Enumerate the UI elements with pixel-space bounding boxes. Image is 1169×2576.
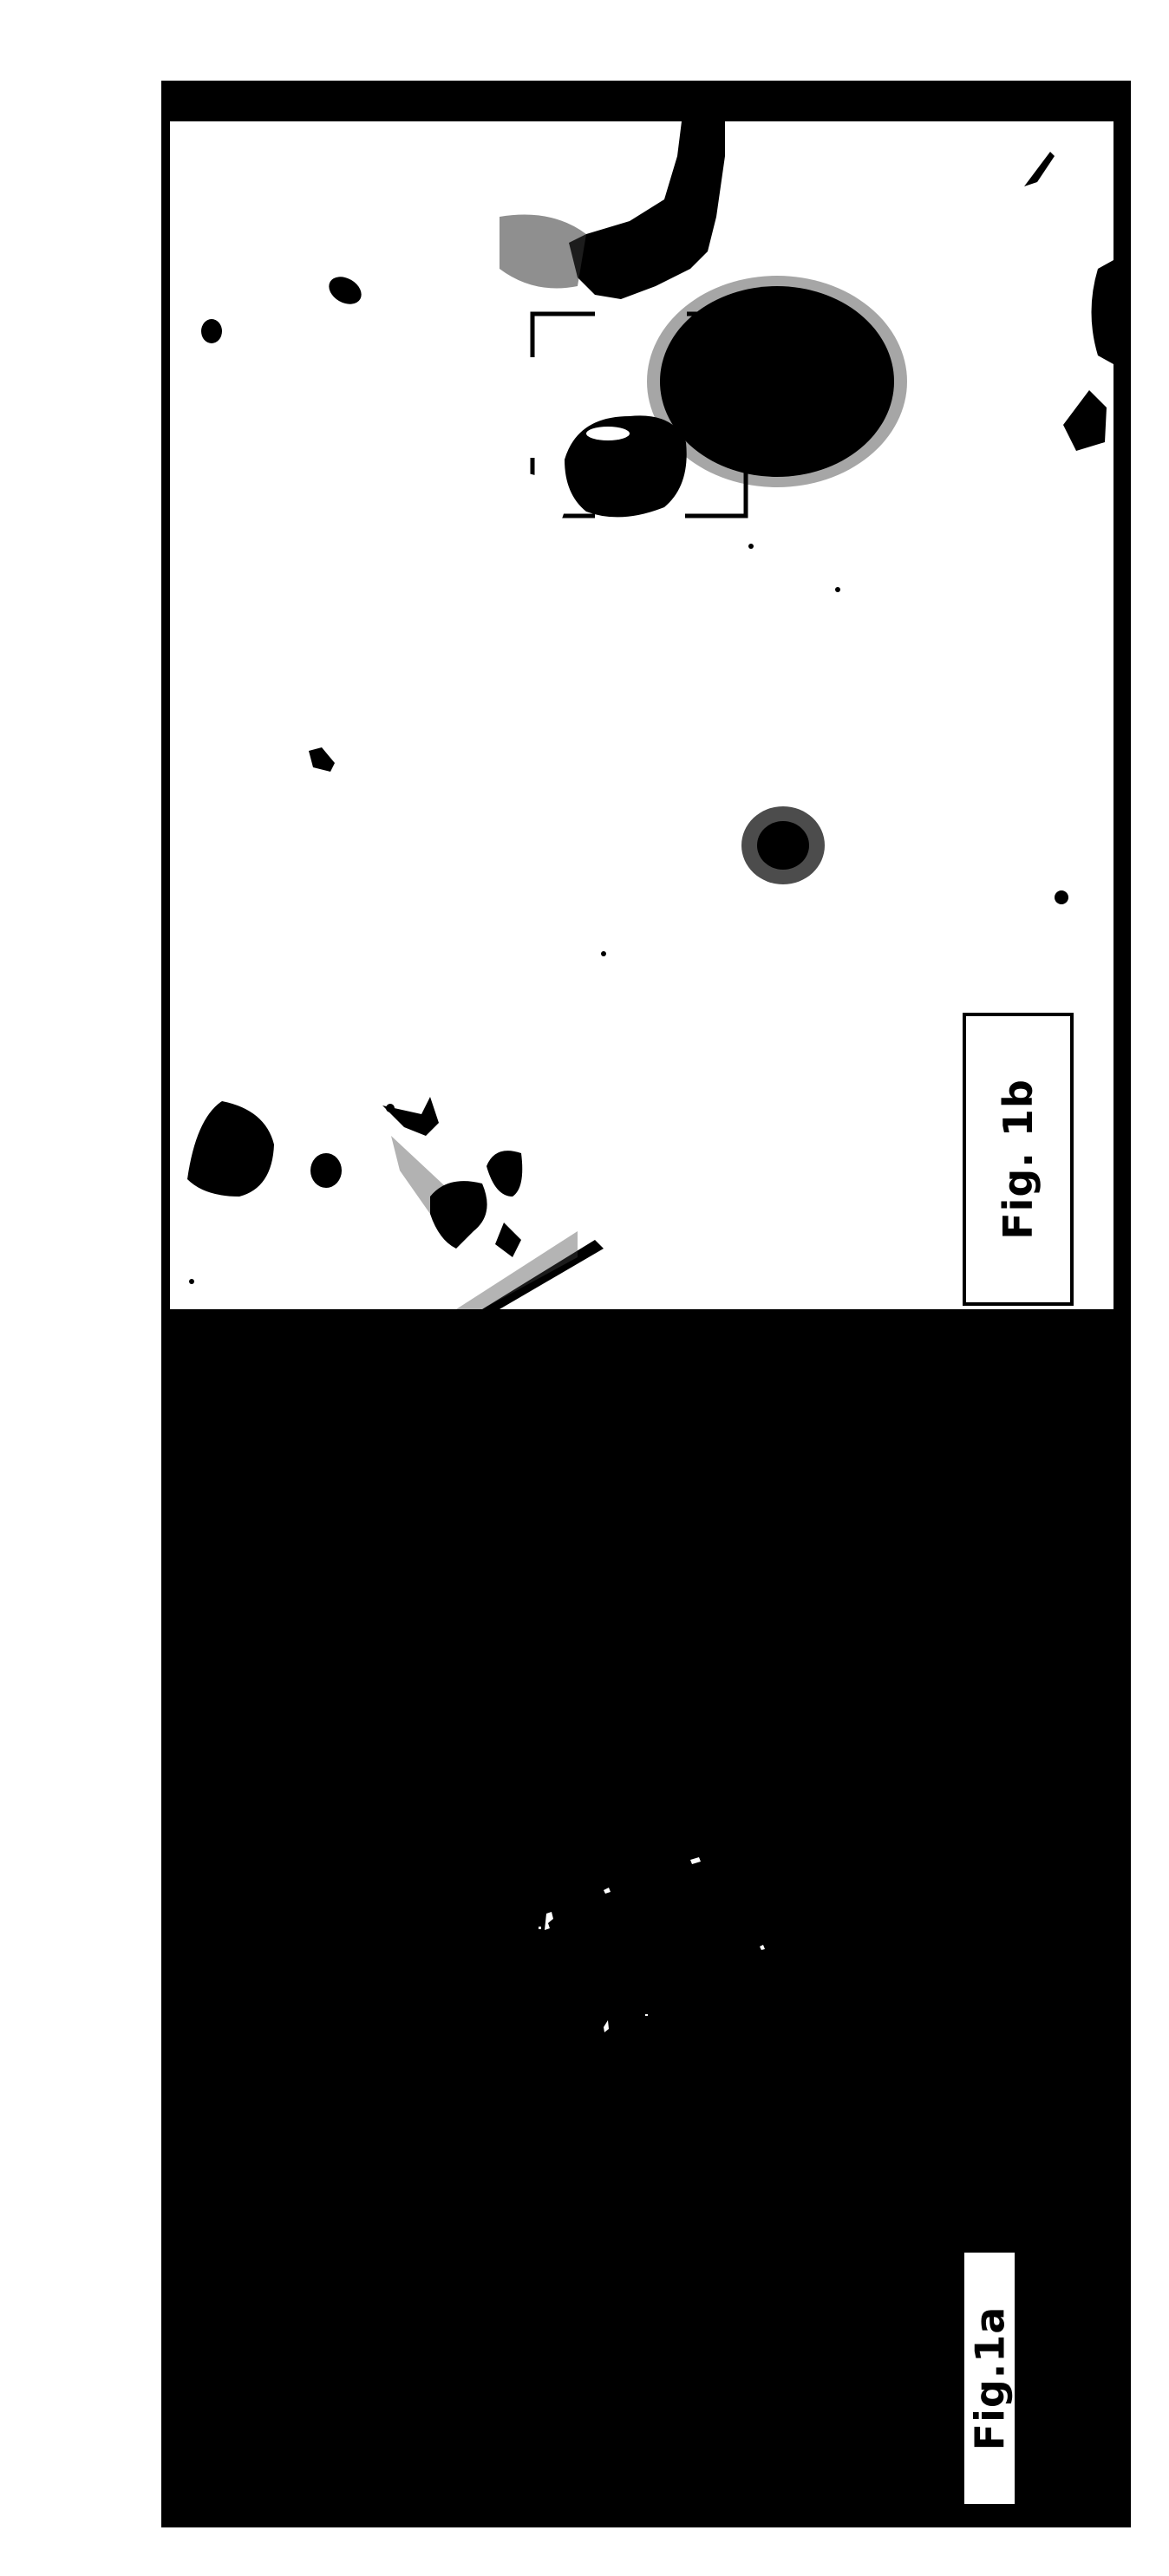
figure-label-1a-text: Fig.1a xyxy=(966,2306,1013,2451)
figure-label-1a: Fig.1a xyxy=(964,2253,1015,2504)
cell-diamond xyxy=(1063,390,1107,451)
stain-top xyxy=(569,121,725,299)
streak-top-right xyxy=(1024,152,1055,186)
cell-large-left xyxy=(187,1101,274,1197)
cell-small xyxy=(201,319,222,343)
fluorescent-speck xyxy=(545,1912,553,1930)
figure-label-1b: Fig. 1b xyxy=(963,1013,1074,1306)
figure-label-1b-text: Fig. 1b xyxy=(995,1079,1042,1240)
